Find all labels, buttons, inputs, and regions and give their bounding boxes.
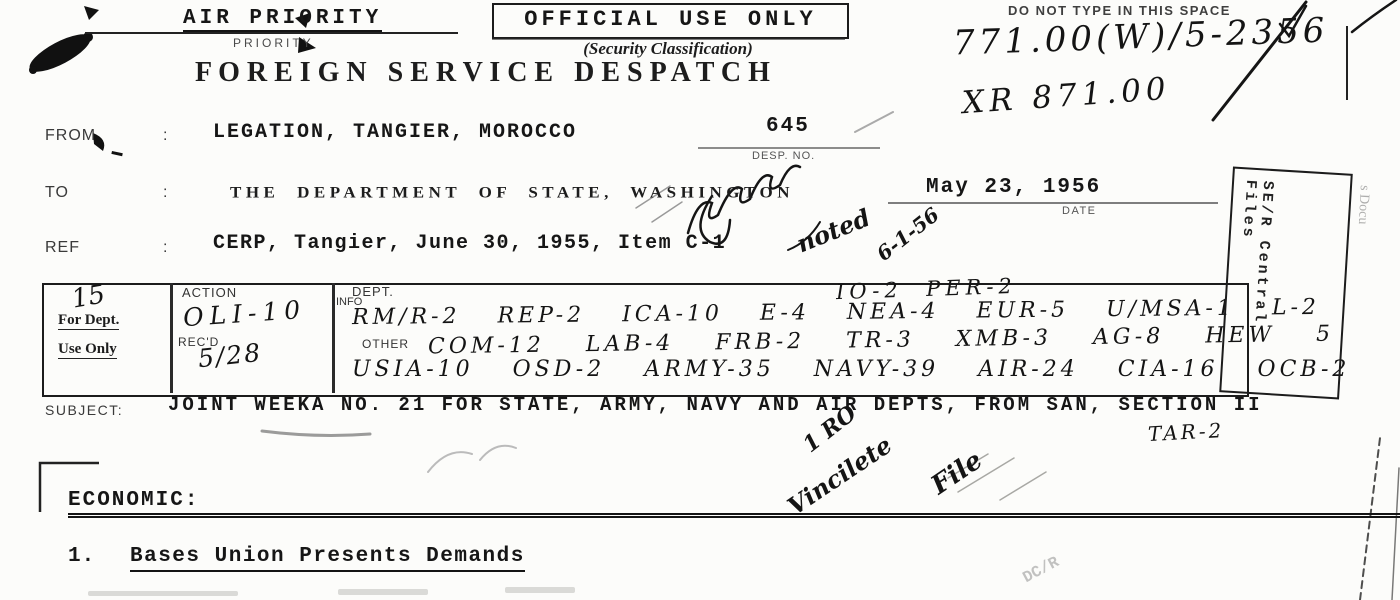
info-label: INFO [336, 296, 347, 309]
desp-no-label: DESP. NO. [752, 151, 815, 163]
stamp-line-3: Files [1239, 179, 1260, 240]
item-number: 1. [68, 546, 95, 568]
scan-smudge-2 [338, 589, 428, 595]
faint-doc-text: s Docu [1348, 185, 1371, 346]
to-label: TO [45, 185, 69, 202]
ref-colon: : [163, 240, 167, 257]
to-colon: : [163, 185, 167, 202]
classification-text: OFFICIAL USE ONLY [524, 8, 816, 31]
dist-line-handwritten: USIA-10 OSD-2 ARMY-35 NAVY-39 AIR-24 CIA… [352, 358, 1350, 381]
subject-value: JOINT WEEKA NO. 21 FOR STATE, ARMY, NAVY… [168, 396, 1263, 416]
tar-handwritten: TAR-2 [1148, 420, 1225, 445]
faint-stamp-text: DC/R [1020, 554, 1062, 587]
security-classification-caption: (Security Classification) [583, 40, 753, 58]
desp-no-value: 645 [766, 116, 810, 138]
action-label: ACTION [182, 286, 237, 300]
noted-date-handwritten: 6-1-56 [873, 204, 943, 265]
use-only-label: Use Only [58, 342, 117, 359]
date-value: May 23, 1956 [926, 177, 1101, 199]
for-dept-label: For Dept. [58, 313, 119, 330]
ref-value: CERP, Tangier, June 30, 1955, Item C-1 [213, 233, 726, 254]
item-title: Bases Union Presents Demands [130, 546, 525, 572]
file-number-handwritten: 771.00(W)/5-2356 [952, 13, 1329, 62]
central-files-stamp: SE/R Central Files [1219, 167, 1353, 400]
table-divider-1 [170, 283, 173, 393]
air-priority-label: AIR PRIORITY [183, 8, 382, 32]
corner-stroke [1352, 0, 1396, 32]
date-label: DATE [1062, 206, 1097, 218]
section-heading: ECONOMIC: [68, 490, 1400, 515]
dept-count-handwritten: 15 [70, 281, 107, 314]
recd-value-handwritten: 5/28 [197, 340, 264, 373]
subject-label: SUBJECT: [45, 403, 123, 418]
despatch-page: AIR PRIORITY PRIORITY OFFICIAL USE ONLY … [0, 0, 1400, 600]
from-value: LEGATION, TANGIER, MOROCCO [213, 122, 577, 143]
stamp-line-1: SE/R [1256, 180, 1276, 229]
from-label: FROM [45, 128, 96, 145]
xref-handwritten: XR 871.00 [961, 73, 1171, 120]
priority-label: PRIORITY [233, 37, 314, 50]
to-value: THE DEPARTMENT OF STATE, WASHINGTON [230, 184, 794, 201]
other-label: OTHER [362, 338, 409, 351]
stamp-line-2: Central [1250, 240, 1272, 325]
document-title: F O R E I G N S E R V I C E D E S P A T … [195, 58, 770, 87]
classification-box: OFFICIAL USE ONLY [492, 3, 849, 39]
table-divider-2 [332, 283, 335, 393]
from-colon: : [163, 128, 167, 145]
scan-smudge-3 [505, 587, 575, 593]
noted-handwritten: noted [793, 205, 873, 257]
scan-smudge-1 [88, 591, 238, 596]
ref-label: REF [45, 240, 80, 257]
